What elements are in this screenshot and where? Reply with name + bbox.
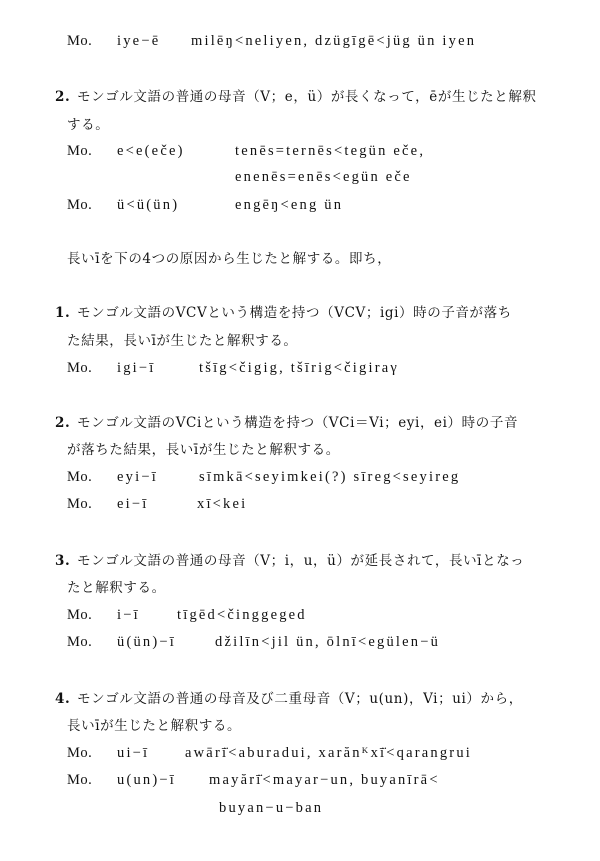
- cause-3-example-2: Mo.ü(ün)−īdžilīn<jil ün, ōlnī<egülen−ü: [67, 633, 440, 651]
- cause-4-heading-cont: 長いīが生じたと解釈する。: [67, 717, 241, 735]
- cause-4-example-1: Mo.ui−īawārī̈<aburadui, xarănᴷxī̈<qarang…: [67, 744, 472, 762]
- section-text-cont: する。: [67, 117, 109, 133]
- vowel-pattern: ui−ī: [117, 744, 185, 762]
- cause-1-heading: 1.モンゴル文語のVCVという構造を持つ（VCV；igi）時の子音が落ち: [55, 304, 512, 322]
- example-words: milēŋ<neliyen, dzügīgē<jüg ün iyen: [191, 32, 476, 50]
- cause-3-example-1: Mo.i−ītīgēd<činggeged: [67, 606, 307, 624]
- example-words: tenēs=ternēs<tegün eče,: [235, 142, 425, 160]
- mo-label: Mo.: [67, 468, 117, 486]
- example-words: tšīg<čigig, tšīrig<čigiraγ: [199, 359, 399, 377]
- mo-label: Mo.: [67, 196, 117, 214]
- mo-label: Mo.: [67, 744, 117, 762]
- mo-label: Mo.: [67, 142, 117, 160]
- section-2-heading: 2.モンゴル文語の普通の母音（V；e，ü）が長くなって，ēが生じたと解釈: [55, 88, 537, 106]
- mo-label: Mo.: [67, 359, 117, 377]
- vowel-pattern: e<e(eče): [117, 142, 235, 160]
- example-words: buyan−u−ban: [219, 799, 323, 817]
- cause-2-example-2: Mo.ei−īxī<kei: [67, 495, 247, 513]
- cause-text: モンゴル文語のVCiという構造を持つ（VCi＝Vi；eyi，ei）時の子音: [77, 415, 518, 431]
- example-words: džilīn<jil ün, ōlnī<egülen−ü: [215, 633, 440, 651]
- cause-4-example-2: Mo.u(un)−īmayărī̈<mayar−un, buyanīrā<: [67, 771, 440, 789]
- cause-text: モンゴル文語の普通の母音（V；i，u，ü）が延長されて，長いīとなっ: [77, 553, 524, 569]
- example-words: engēŋ<eng ün: [235, 196, 343, 214]
- cause-text-cont: 長いīが生じたと解釈する。: [67, 718, 241, 734]
- mo-label: Mo.: [67, 633, 117, 651]
- item-number: 3.: [55, 552, 77, 570]
- vowel-pattern: iye−ē: [117, 32, 191, 50]
- cause-1-example: Mo.igi−ītšīg<čigig, tšīrig<čigiraγ: [67, 359, 399, 377]
- example-line-iye: Mo.iye−ēmilēŋ<neliyen, dzügīgē<jüg ün iy…: [67, 32, 476, 50]
- vowel-pattern: i−ī: [117, 606, 177, 624]
- example-line-u: Mo.ü<ü(ün)engēŋ<eng ün: [67, 196, 343, 214]
- section-text: モンゴル文語の普通の母音（V；e，ü）が長くなって，ēが生じたと解釈: [77, 89, 537, 105]
- cause-1-heading-cont: た結果，長いīが生じたと解釈する。: [67, 332, 298, 350]
- cause-4-heading: 4.モンゴル文語の普通の母音及び二重母音（V；u(un)，Vi；ui）から，: [55, 690, 523, 708]
- example-words: enenēs=enēs<egün eče: [235, 168, 412, 186]
- item-number: 4.: [55, 690, 77, 708]
- cause-3-heading: 3.モンゴル文語の普通の母音（V；i，u，ü）が延長されて，長いīとなっ: [55, 552, 524, 570]
- mo-label: Mo.: [67, 495, 117, 513]
- cause-text-cont: が落ちた結果，長いīが生じたと解釈する。: [67, 442, 340, 458]
- example-words: mayărī̈<mayar−un, buyanīrā<: [209, 771, 440, 789]
- mo-label: Mo.: [67, 606, 117, 624]
- vowel-pattern: u(un)−ī: [117, 771, 209, 789]
- example-words: xī<kei: [197, 495, 247, 513]
- vowel-pattern: ei−ī: [117, 495, 197, 513]
- cause-3-heading-cont: たと解釈する。: [67, 579, 166, 597]
- cause-text-cont: た結果，長いīが生じたと解釈する。: [67, 333, 298, 349]
- section-2-heading-cont: する。: [67, 116, 109, 134]
- cause-2-heading-cont: が落ちた結果，長いīが生じたと解釈する。: [67, 441, 340, 459]
- mo-label: Mo.: [67, 32, 117, 50]
- cause-2-example-1: Mo.eyi−īsīmkā<seyimkei(?) sīreg<seyireg: [67, 468, 460, 486]
- mo-label: Mo.: [67, 771, 117, 789]
- item-number: 1.: [55, 304, 77, 322]
- example-line-e: Mo.e<e(eče)tenēs=ternēs<tegün eče,: [67, 142, 425, 160]
- intro-paragraph: 長いīを下の4つの原因から生じたと解する。即ち，: [67, 250, 391, 268]
- cause-4-example-2-cont: buyan−u−ban: [219, 799, 323, 817]
- vowel-pattern: ü<ü(ün): [117, 196, 235, 214]
- cause-text-cont: たと解釈する。: [67, 580, 166, 596]
- item-number: 2.: [55, 414, 77, 432]
- intro-text: 長いīを下の4つの原因から生じたと解する。即ち，: [67, 251, 391, 267]
- example-words: awārī̈<aburadui, xarănᴷxī̈<qarangrui: [185, 744, 472, 762]
- cause-2-heading: 2.モンゴル文語のVCiという構造を持つ（VCi＝Vi；eyi，ei）時の子音: [55, 414, 518, 432]
- cause-text: モンゴル文語のVCVという構造を持つ（VCV；igi）時の子音が落ち: [77, 305, 512, 321]
- vowel-pattern: eyi−ī: [117, 468, 199, 486]
- cause-text: モンゴル文語の普通の母音及び二重母音（V；u(un)，Vi；ui）から，: [77, 691, 523, 707]
- example-line-e-cont: enenēs=enēs<egün eče: [235, 168, 412, 186]
- example-words: sīmkā<seyimkei(?) sīreg<seyireg: [199, 468, 460, 486]
- document-page: Mo.iye−ēmilēŋ<neliyen, dzügīgē<jüg ün iy…: [0, 0, 600, 861]
- vowel-pattern: igi−ī: [117, 359, 199, 377]
- example-words: tīgēd<činggeged: [177, 606, 307, 624]
- item-number: 2.: [55, 88, 77, 106]
- vowel-pattern: ü(ün)−ī: [117, 633, 215, 651]
